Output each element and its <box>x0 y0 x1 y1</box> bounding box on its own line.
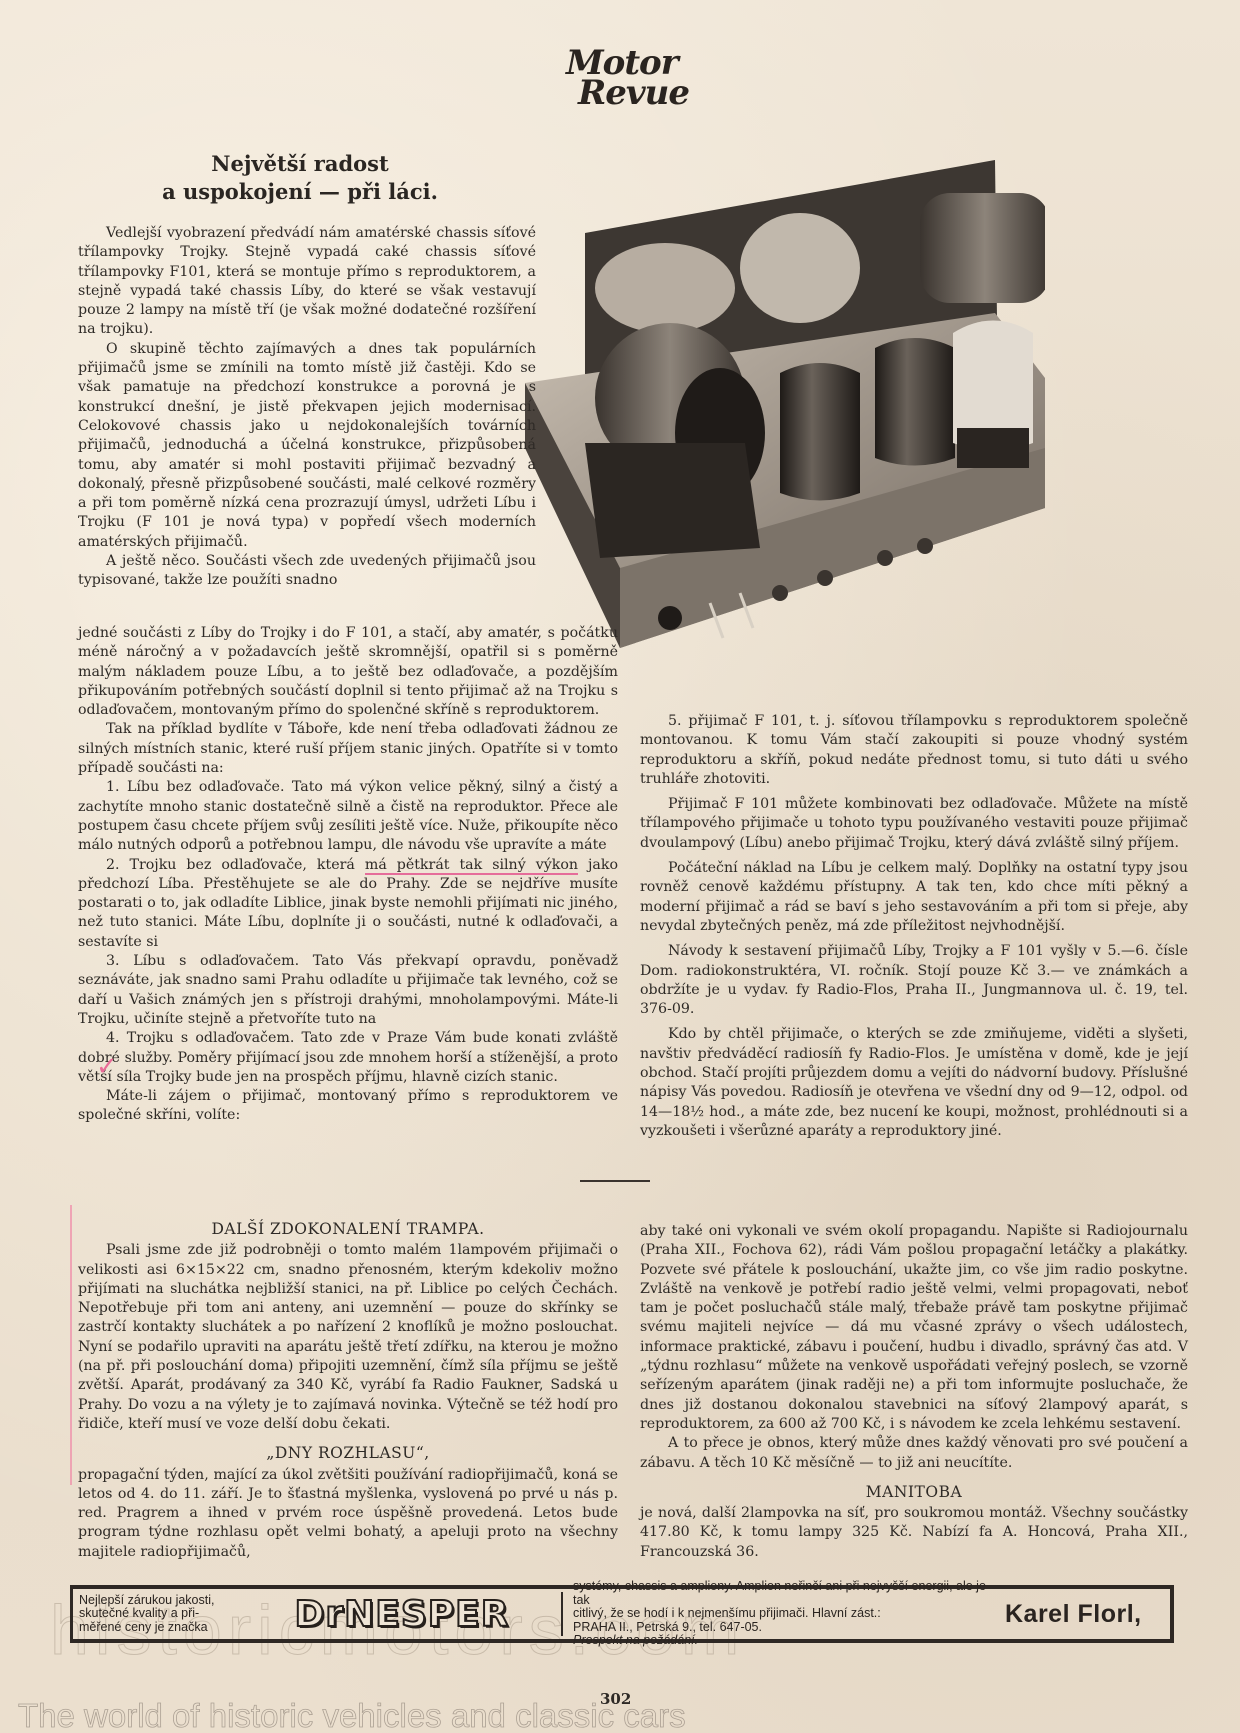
section-heading-trampa: DALŠÍ ZDOKONALENÍ TRAMPA. <box>78 1220 618 1239</box>
list-item-1: 1. Líbu bez odlaďovače. Tato má výkon ve… <box>78 778 618 855</box>
ad-company-name: Karel Florl, <box>1005 1600 1142 1629</box>
ad-slogan: Nejlepší zárukou jakosti, skutečné kvali… <box>79 1594 229 1635</box>
pink-checkmark-icon: ✓ <box>96 1052 118 1082</box>
radio-chassis-illustration-icon <box>525 148 1045 668</box>
article-title: Největší radost a uspokojení — při láci. <box>80 150 520 206</box>
separator-rule <box>620 1180 650 1182</box>
highlighted-phrase: má pětkrát tak silný výkon <box>365 857 578 875</box>
site-watermark: The world of historic vehicles and class… <box>18 1697 686 1733</box>
paragraph: Vedlejší vyobrazení předvádí nám amatérs… <box>78 224 536 340</box>
ad-address: PRAHA II., Petrská 9., tel. 647-05. <box>573 1621 993 1635</box>
article-body-right-bottom: aby také oni vykonali ve svém okolí prop… <box>640 1222 1188 1562</box>
ad-body-line: citlivý, že se hodí i k nejmenšímu přiji… <box>573 1607 993 1621</box>
paragraph: propagační týden, mající za úkol zvětšit… <box>78 1466 618 1562</box>
article-body-left-top: Vedlejší vyobrazení předvádí nám amatérs… <box>78 224 536 591</box>
paragraph: O skupině těchto zajímavých a dnes tak p… <box>78 340 536 552</box>
paragraph: Počáteční náklad na Líbu je celkem malý.… <box>640 859 1188 936</box>
list-item-4: 4. Trojku s odlaďovačem. Tato zde v Praz… <box>78 1029 618 1087</box>
radio-chassis-photo <box>525 148 1045 668</box>
paragraph: Přijimač F 101 můžete kombinovati bez od… <box>640 795 1188 853</box>
list-item-2: 2. Trojku bez odlaďovače, která má pětkr… <box>78 856 618 952</box>
paragraph: A ještě něco. Součásti všech zde uvedený… <box>78 552 536 591</box>
list-item-5: 5. přijimač F 101, t. j. síťovou třílamp… <box>640 712 1188 789</box>
ad-brand-logo: DrNESPER <box>257 1592 547 1636</box>
paragraph: aby také oni vykonali ve svém okolí prop… <box>640 1222 1188 1434</box>
article-body-left-bottom: DALŠÍ ZDOKONALENÍ TRAMPA. Psali jsme zde… <box>78 1218 618 1562</box>
section-heading-manitoba: MANITOBA <box>640 1483 1188 1502</box>
pink-margin-mark <box>70 1205 72 1485</box>
paragraph: Kdo by chtěl přijimače, o kterých se zde… <box>640 1025 1188 1141</box>
paragraph: Máte-li zájem o přijimač, montovaný přím… <box>78 1087 618 1126</box>
paragraph: Návody k sestavení přijimačů Líby, Trojk… <box>640 942 1188 1019</box>
article-body-right: 5. přijimač F 101, t. j. síťovou třílamp… <box>640 712 1188 1141</box>
list-item-2-start: 2. Trojku bez odlaďovače, která <box>106 857 365 873</box>
paragraph: je nová, další 2lampovka na síť, pro sou… <box>640 1504 1188 1562</box>
ad-body-line: PRAHA II., Petrská 9., tel. 647-05. Pros… <box>573 1621 993 1648</box>
section-heading-dny-rozhlasu: „DNY ROZHLASU“, <box>78 1444 618 1463</box>
article-body-left-middle: jedné součásti z Líby do Trojky i do F 1… <box>78 624 618 1126</box>
article-title-line-1: Největší radost <box>80 150 520 178</box>
article-title-line-2: a uspokojení — při láci. <box>80 178 520 206</box>
masthead-logo: Motor Revue <box>566 48 696 108</box>
ad-slogan-line: skutečné kvality a při- <box>79 1607 229 1621</box>
ad-slogan-line: Nejlepší zárukou jakosti, <box>79 1594 229 1608</box>
paragraph: Psali jsme zde již podrobněji o tomto ma… <box>78 1241 618 1434</box>
ad-divider <box>561 1592 563 1636</box>
ad-prospectus-note: Prospekt na požádání. <box>573 1633 698 1647</box>
paragraph: jedné součásti z Líby do Trojky i do F 1… <box>78 624 618 720</box>
ad-body-line: systémy, chassis a ampliony. Amplion neř… <box>573 1580 993 1607</box>
paragraph: A to přece je obnos, který může dnes kaž… <box>640 1434 1188 1473</box>
ad-body: systémy, chassis a ampliony. Amplion neř… <box>573 1580 993 1648</box>
list-item-3: 3. Líbu s odlaďovačem. Tato Vás překvapí… <box>78 952 618 1029</box>
paragraph: Tak na příklad bydlíte v Táboře, kde nen… <box>78 720 618 778</box>
advertisement-banner: Nejlepší zárukou jakosti, skutečné kvali… <box>70 1585 1174 1643</box>
logo-line-2: Revue <box>566 78 696 108</box>
ad-slogan-line: měřené ceny je značka <box>79 1621 229 1635</box>
